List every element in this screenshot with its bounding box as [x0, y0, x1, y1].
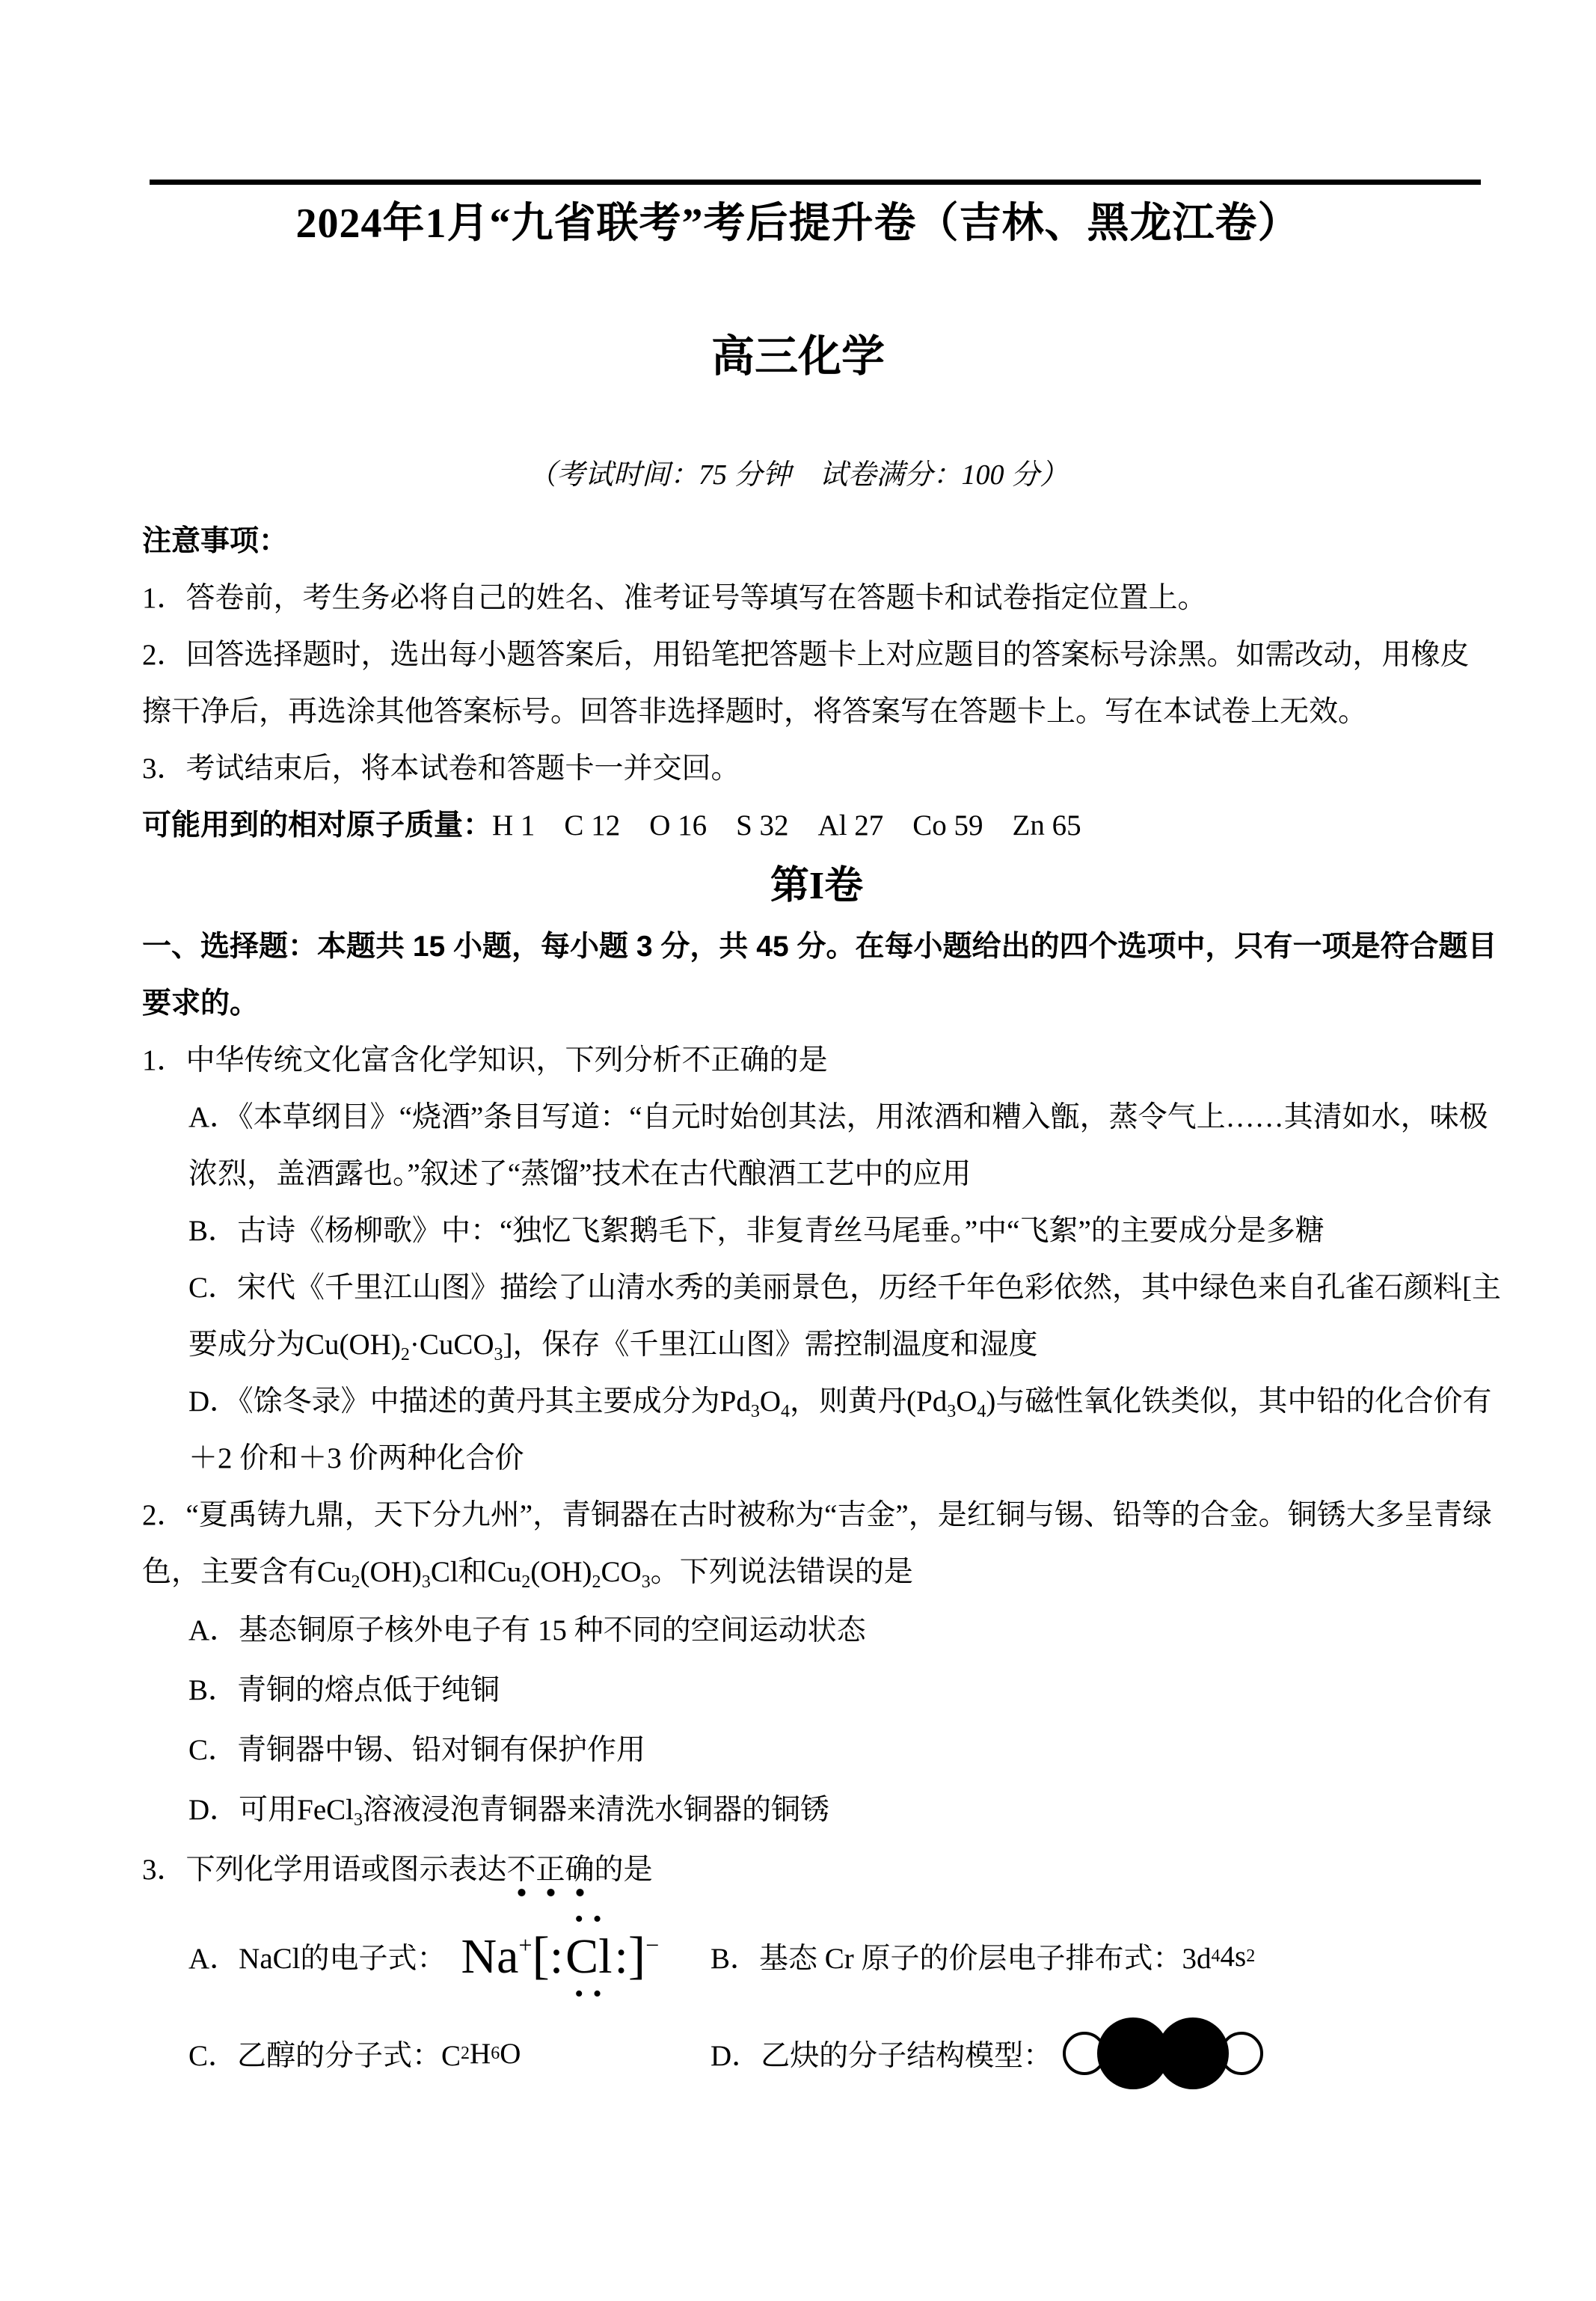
volume-title: 第I卷	[142, 854, 1491, 919]
paper-subject: 高三化学	[0, 329, 1596, 384]
lewis-bottom-dots: • •	[574, 1982, 603, 2007]
exam-paper-page: 2024年1月“九省联考”考后提升卷（吉林、黑龙江卷） 高三化学 （考试时间：7…	[0, 0, 1596, 2301]
q3-option-a-label: A．NaCl的电子式：	[188, 1935, 446, 1977]
notice-heading: 注意事项：	[142, 513, 1491, 570]
header-rule	[150, 180, 1481, 185]
q1-option-a-line2: 浓烈，盖酒露也。”叙述了“蒸馏”技术在古代酿酒工艺中的应用	[142, 1146, 1491, 1203]
atomic-mass-label: 可能用到的相对原子质量：	[142, 809, 492, 842]
lewis-right-bracket: ]	[628, 1930, 645, 1982]
q1-stem: 1．中华传统文化富含化学知识，下列分析不正确的是	[142, 1032, 1491, 1089]
lewis-anion: Cl	[565, 1929, 612, 1984]
exam-info: （考试时间：75 分钟 试卷满分：100 分）	[0, 456, 1596, 494]
acetylene-space-filling-model	[1063, 2017, 1263, 2089]
q2-option-a: A．基态铜原子核外电子有 15 种不同的空间运动状态	[142, 1601, 1491, 1661]
q2-stem-line1: 2．“夏禹铸九鼎，天下分九州”，青铜器在古时被称为“吉金”，是红铜与锡、铅等的合…	[142, 1487, 1491, 1544]
lewis-cation: Na	[461, 1932, 519, 1982]
q2-option-c: C．青铜器中锡、铅对铜有保护作用	[142, 1721, 1491, 1780]
atomic-mass-values: H 1 C 12 O 16 S 32 Al 27 Co 59 Zn 65	[492, 809, 1081, 842]
notice-item-2-line2: 擦干净后，再选涂其他答案标号。回答非选择题时，将答案写在答题卡上。写在本试卷上无…	[142, 684, 1491, 741]
q1-option-b: B．古诗《杨柳歌》中：“独忆飞絮鹅毛下，非复青丝马尾垂。”中“飞絮”的主要成分是…	[142, 1203, 1491, 1260]
q1-option-a-line1: A．《本草纲目》“烧酒”条目写道：“自元时始创其法，用浓酒和糟入甑，蒸令气上………	[142, 1089, 1491, 1146]
section-instruction-line2: 要求的。	[142, 975, 1491, 1032]
q2-option-b: B．青铜的熔点低于纯铜	[142, 1661, 1491, 1721]
notice-item-1: 1．答卷前，考生务必将自己的姓名、准考证号等填写在答题卡和试卷指定位置上。	[142, 570, 1491, 627]
lewis-left-bracket: [	[532, 1930, 550, 1982]
q2-option-d: D．可用FeCl3溶液浸泡青铜器来清洗水铜器的铜锈	[142, 1780, 1491, 1840]
q1-option-c-line2: 要成分为Cu(OH)2·CuCO3]，保存《千里江山图》需控制温度和湿度	[142, 1317, 1491, 1373]
lewis-left-colon: :	[550, 1932, 563, 1982]
carbon-atom-circle	[1157, 2017, 1229, 2089]
q1-option-d-line2: ＋2 价和＋3 价两种化合价	[142, 1430, 1491, 1487]
q2-stem-line2: 色，主要含有Cu2(OH)3Cl和Cu2(OH)2CO3。下列说法错误的是	[142, 1544, 1491, 1601]
q3-option-a: A．NaCl的电子式： Na+[:• •Cl• •:]−	[142, 1930, 710, 1982]
q3-option-d-label: D．乙炔的分子结构模型：	[710, 2032, 1052, 2074]
section-instruction-line1: 一、选择题：本题共 15 小题，每小题 3 分，共 45 分。在每小题给出的四个…	[142, 919, 1491, 975]
lewis-top-dots: • •	[574, 1907, 603, 1932]
atomic-mass-line: 可能用到的相对原子质量：H 1 C 12 O 16 S 32 Al 27 Co …	[142, 797, 1491, 854]
q3-stem: 3．下列化学用语或图示表达不正确的是	[142, 1840, 1491, 1900]
q1-option-c-line1: C．宋代《千里江山图》描绘了山清水秀的美丽景色，历经千年色彩依然，其中绿色来自孔…	[142, 1260, 1491, 1317]
q3-options-row2: C．乙醇的分子式：C2H6O D．乙炔的分子结构模型：	[142, 2012, 1491, 2095]
lewis-right-colon: :	[615, 1932, 628, 1982]
q3-option-b: B．基态 Cr 原子的价层电子排布式：3d44s2	[710, 1935, 1255, 1977]
notice-item-3: 3．考试结束后，将本试卷和答题卡一并交回。	[142, 741, 1491, 797]
notice-item-2-line1: 2．回答选择题时，选出每小题答案后，用铅笔把答题卡上对应题目的答案标号涂黑。如需…	[142, 627, 1491, 684]
q1-option-d-line1: D．《馀冬录》中描述的黄丹其主要成分为Pd3O4，则黄丹(Pd3O4)与磁性氧化…	[142, 1373, 1491, 1430]
paper-title: 2024年1月“九省联考”考后提升卷（吉林、黑龙江卷）	[0, 196, 1596, 251]
nacl-lewis-structure: Na+[:• •Cl• •:]−	[461, 1930, 660, 1982]
q3-options-row1: A．NaCl的电子式： Na+[:• •Cl• •:]− B．基态 Cr 原子的…	[142, 1900, 1491, 2012]
lewis-anion-wrap: • •Cl• •	[563, 1932, 614, 1982]
q3-option-c: C．乙醇的分子式：C2H6O	[142, 2032, 710, 2074]
paper-body: 注意事项： 1．答卷前，考生务必将自己的姓名、准考证号等填写在答题卡和试卷指定位…	[142, 513, 1491, 2095]
q3-option-d: D．乙炔的分子结构模型：	[710, 2017, 1263, 2089]
